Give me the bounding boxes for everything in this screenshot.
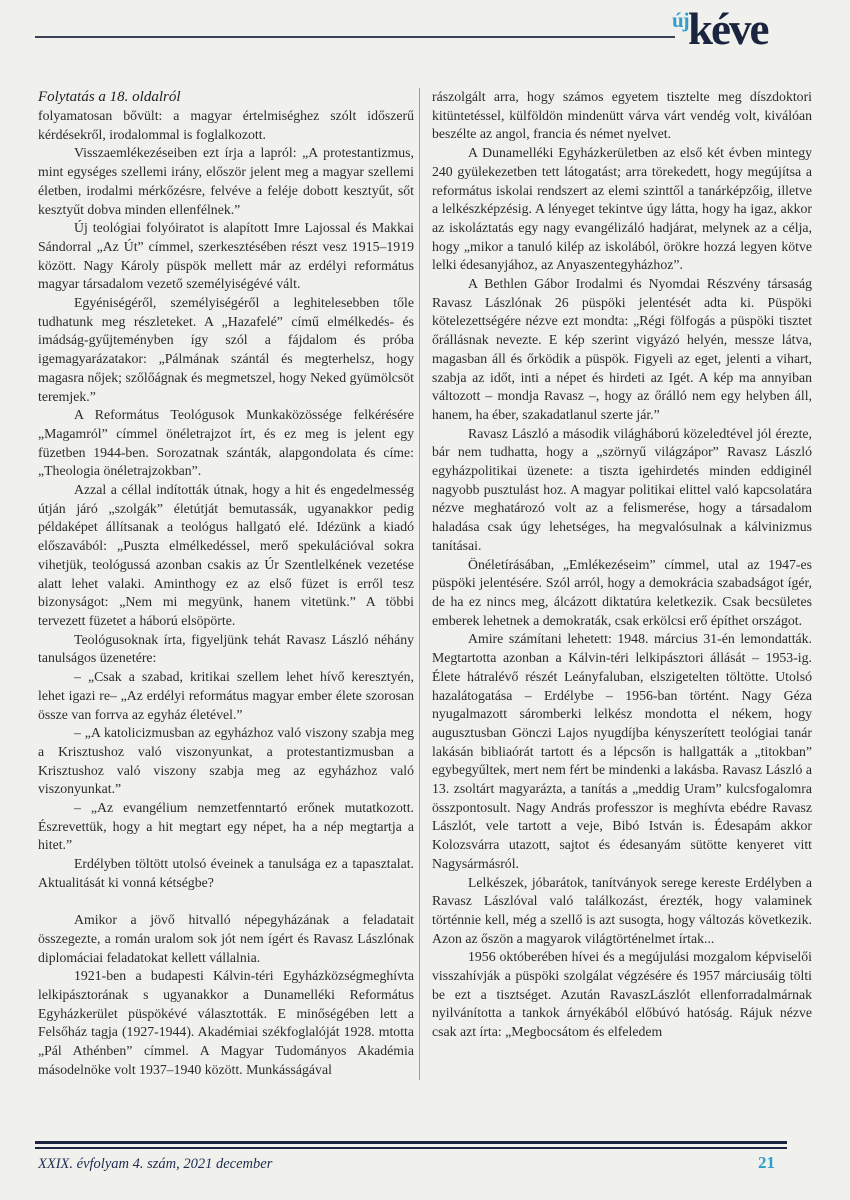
- paragraph: Amire számítani lehetett: 1948. március …: [432, 630, 812, 873]
- paragraph: – „A katolicizmusban az egyházhoz való v…: [38, 724, 414, 799]
- logo-name: kéve: [672, 5, 822, 55]
- paragraph: 1921-ben a budapesti Kálvin-téri Egyházk…: [38, 967, 414, 1079]
- paragraph: 1956 októberében hívei és a megújulási m…: [432, 948, 812, 1042]
- paragraph: A Bethlen Gábor Irodalmi és Nyomdai Rész…: [432, 275, 812, 425]
- issue-line: XXIX. évfolyam 4. szám, 2021 december: [38, 1156, 272, 1173]
- paragraph: Egyéniségéről, személyiségéről a leghite…: [38, 294, 414, 406]
- paragraph: Új teológiai folyóiratot is alapított Im…: [38, 219, 414, 294]
- right-column: rászolgált arra, hogy számos egyetem tis…: [432, 88, 812, 1080]
- paragraph: Önéletírásában, „Emlékezéseim” címmel, u…: [432, 556, 812, 631]
- paragraph: – „Az evangélium nemzetfenntartó erőnek …: [38, 799, 414, 855]
- continuation-note: Folytatás a 18. oldalról: [38, 88, 414, 107]
- paragraph: Lelkészek, jóbarátok, tanítványok serege…: [432, 874, 812, 949]
- logo-prefix: új: [672, 8, 689, 33]
- left-column: Folytatás a 18. oldalról folyamatosan bő…: [38, 88, 414, 1080]
- paragraph: folyamatosan bővült: a magyar értelmiség…: [38, 107, 414, 144]
- paragraph: Amikor a jövő hitvalló népegyházának a f…: [38, 911, 414, 967]
- article-body: Folytatás a 18. oldalról folyamatosan bő…: [38, 88, 812, 1080]
- paragraph: Ravasz László a második világháború köze…: [432, 425, 812, 556]
- header-rule: [35, 36, 675, 38]
- paragraph: Erdélyben töltött utolsó éveinek a tanul…: [38, 855, 414, 892]
- paragraph: Visszaemlékezéseiben ezt írja a lapról: …: [38, 144, 414, 219]
- paragraph: Azzal a céllal indították útnak, hogy a …: [38, 481, 414, 631]
- paragraph: A Dunamelléki Egyházkerületben az első k…: [432, 144, 812, 275]
- column-divider: [419, 88, 420, 1080]
- paragraph: Teológusoknak írta, figyeljünk tehát Rav…: [38, 631, 414, 668]
- paragraph: A Református Teológusok Munkaközössége f…: [38, 406, 414, 481]
- paragraph: rászolgált arra, hogy számos egyetem tis…: [432, 88, 812, 144]
- paragraph: – „Csak a szabad, kritikai szellem lehet…: [38, 668, 414, 724]
- footer-rule: [35, 1141, 787, 1149]
- page-number: 21: [758, 1153, 775, 1173]
- magazine-page: új kéve Folytatás a 18. oldalról folyama…: [0, 0, 850, 1200]
- magazine-logo: új kéve: [672, 6, 822, 55]
